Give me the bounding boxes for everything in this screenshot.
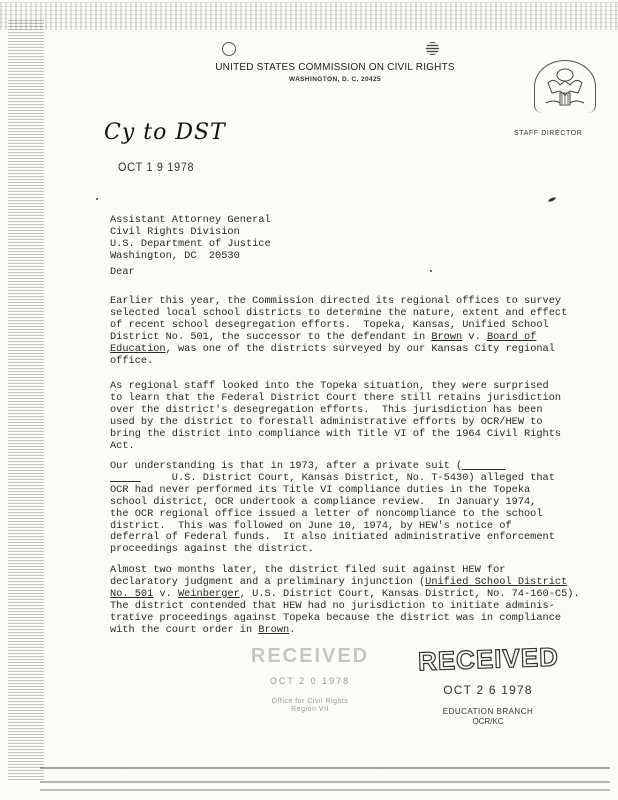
text-span: , was one of the districts surveyed by o… [166,343,555,355]
scan-speck [548,196,557,202]
address-line: U.S. Department of Justice [110,238,271,250]
case-name: Brown [431,331,462,343]
scan-artifact-left [8,20,44,780]
address-line: Assistant Attorney General [110,214,271,226]
case-name: Unified School District [425,576,567,588]
office-label: STAFF DIRECTOR [514,130,582,137]
address-line: Washington, DC 20530 [110,250,271,262]
text-span: v. [153,588,178,600]
stamp-date: OCT 2 0 1978 [250,676,370,686]
punch-mark-icon [222,42,236,56]
punch-mark-icon [426,42,439,55]
organization-name: UNITED STATES COMMISSION ON CIVIL RIGHTS [190,62,480,73]
paragraph-3: Our understanding is that in 1973, after… [110,461,580,556]
text-line: office. [110,356,580,368]
text-line: the OCR regional office issued a letter … [110,509,580,521]
text-line: Act. [110,441,580,453]
text-span: , U.S. District Court, Kansas District, … [240,588,580,600]
date-stamp: OCT 1 9 1978 [118,160,194,174]
text-span: with the court order in [110,624,258,636]
text-line: proceedings against the district. [110,544,580,556]
text-line: The district contended that HEW had no j… [110,601,580,613]
case-name: Education [110,343,166,355]
blank-line [462,460,505,472]
stamp-office: OCR/KC [418,717,558,726]
stamp-office: Office for Civil Rights [250,698,370,705]
blank-line [110,472,141,484]
great-seal-icon [534,60,596,113]
case-name: Board of [487,331,536,343]
text-line: over the district's desegregation effort… [110,405,580,417]
case-name: Brown [258,624,289,636]
paragraph-4: Almost two months later, the district fi… [110,565,580,636]
salutation: Dear [110,266,135,278]
scan-speck [430,270,432,272]
case-name: Weinberger [178,588,240,600]
text-line: OCR had never performed its Title VI com… [110,485,580,497]
scan-artifact-top [0,2,618,30]
text-line: school district, OCR undertook a complia… [110,497,580,509]
paragraph-2: As regional staff looked into the Topeka… [110,381,580,452]
text-span: U.S. District Court, Kansas District, No… [141,472,555,484]
text-line: with the court order in Brown. [110,625,580,637]
stamp-title: RECEIVED [418,642,560,678]
text-line: No. 501 v. Weinberger, U.S. District Cou… [110,589,580,601]
stamp-region: Region VII [250,706,370,713]
text-span: District No. 501, the successor to the d… [110,331,431,343]
text-span: . [289,624,295,636]
text-line: bring the district into compliance with … [110,429,580,441]
text-line: Education, was one of the districts surv… [110,344,580,356]
faint-received-stamp: RECEIVED OCT 2 0 1978 Office for Civil R… [250,645,370,713]
paragraph-1: Earlier this year, the Commission direct… [110,296,580,367]
text-span: declaratory judgment and a preliminary i… [110,576,425,588]
text-span: Our understanding is that in 1973, after… [110,460,462,472]
stamp-date: OCT 2 6 1978 [418,683,558,697]
scan-speck [96,198,98,200]
organization-address: WASHINGTON, D. C. 20425 [190,76,480,83]
letterhead: UNITED STATES COMMISSION ON CIVIL RIGHTS… [190,62,480,83]
case-name: No. 501 [110,588,153,600]
text-line: used by the district to forestall admini… [110,417,580,429]
handwritten-note: Cy to DST [104,120,226,145]
stamp-branch: EDUCATION BRANCH [418,707,558,716]
scan-artifact-bottom [40,765,610,795]
recipient-address: Assistant Attorney GeneralCivil Rights D… [110,214,271,262]
address-line: Civil Rights Division [110,226,271,238]
text-span: v. [462,331,487,343]
stamp-title: RECEIVED [250,645,370,668]
received-stamp: RECEIVED OCT 2 6 1978 EDUCATION BRANCH O… [418,644,558,726]
